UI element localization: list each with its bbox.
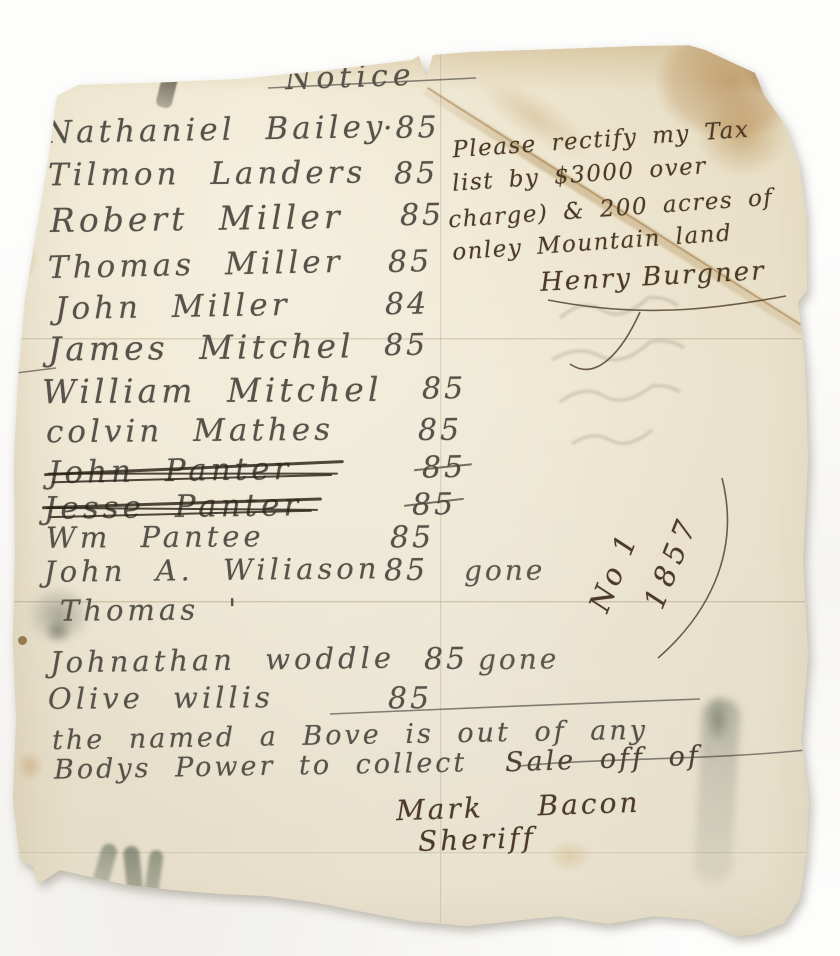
taxpayer-name: William Mitchel [42, 370, 383, 411]
stain [548, 840, 592, 872]
taxpayer-name: Wm Pantee [46, 519, 265, 555]
taxpayer-name: James Mitchel [48, 326, 355, 368]
bleed-through-marks [552, 298, 684, 444]
closing-line: Bodys Power to collect [54, 747, 468, 785]
tax-list-row: James Mitchel 85 [48, 326, 355, 371]
tax-amount: 85 [388, 681, 432, 716]
tax-amount: 85 [384, 328, 429, 363]
tax-list-row: John Miller 84 [55, 287, 291, 333]
tax-amount: 85 [388, 244, 433, 280]
tax-amount: ·85 [383, 110, 440, 146]
document-paper: Notice Nathaniel Bailey ·85 Tilmon Lande… [0, 0, 840, 956]
tax-amount: 85 [422, 371, 466, 406]
notice-heading: Notice [284, 58, 416, 98]
tax-list-row: Tilmon Landers 85 [48, 155, 367, 200]
closing-line-right: Sale off of [505, 741, 702, 779]
taxpayer-name: Thomas Miller [48, 244, 344, 286]
list-underline [330, 699, 700, 714]
stain [4, 238, 38, 282]
taxpayer-name: Johnathan woddle [50, 641, 396, 680]
stain [742, 42, 804, 96]
tax-amount: 85 [390, 520, 434, 555]
ink-smudge [123, 845, 146, 912]
sheriff-signature-title: Sheriff [417, 821, 536, 858]
ink-smudge [18, 636, 27, 645]
signature-flourish [548, 296, 786, 310]
taxpayer-name: Thomas ' [60, 592, 241, 628]
ink-smudge [706, 698, 730, 742]
tax-list-row: John A. Wiliason 85 gone [44, 551, 381, 597]
ink-smudge [89, 842, 119, 896]
tax-list-row: Olive willis 85 [48, 680, 274, 724]
taxpayer-name: Robert Miller [50, 197, 344, 240]
taxpayer-name: Olive willis [48, 680, 274, 716]
taxpayer-name: John Miller [55, 287, 291, 327]
tax-list-row: Thomas Miller 85 [48, 244, 344, 292]
document-year: 1857 [637, 510, 705, 613]
scanner-background: Notice Nathaniel Bailey ·85 Tilmon Lande… [0, 0, 840, 956]
tax-amount: 85 [424, 642, 469, 678]
tax-list-row: William Mitchel 85 [42, 370, 383, 414]
signature-flourish [570, 312, 640, 369]
tax-amount: 85 [394, 156, 438, 191]
tax-list-row: colvin Mathes 85 [46, 412, 334, 457]
gone-note: gone [478, 642, 560, 676]
gone-note: gone [464, 554, 546, 588]
document-number: No 1 [582, 527, 644, 616]
tax-list-row: Thomas ' [60, 592, 241, 636]
taxpayer-name: John A. Wiliason [44, 551, 381, 589]
tax-list-row: Robert Miller 85 [50, 197, 344, 243]
ink-smudge [142, 849, 164, 910]
taxpayer-name: Nathaniel Bailey [45, 109, 387, 151]
henry-burgner-signature: Henry Burgner [539, 256, 766, 298]
tax-list-row: Nathaniel Bailey ·85 [45, 109, 387, 157]
taxpayer-name: colvin Mathes [46, 412, 334, 451]
tax-amount: 84 [385, 287, 430, 323]
ink-smudge [693, 697, 741, 884]
paper-shadow-wrap: Notice Nathaniel Bailey ·85 Tilmon Lande… [0, 0, 840, 956]
tax-amount: 85 [400, 198, 445, 234]
ink-smudge [155, 63, 181, 110]
tax-amount: 85 [384, 553, 429, 588]
taxpayer-name: Tilmon Landers [48, 155, 367, 194]
stain [16, 750, 44, 782]
tax-amount: 85 [418, 413, 462, 448]
